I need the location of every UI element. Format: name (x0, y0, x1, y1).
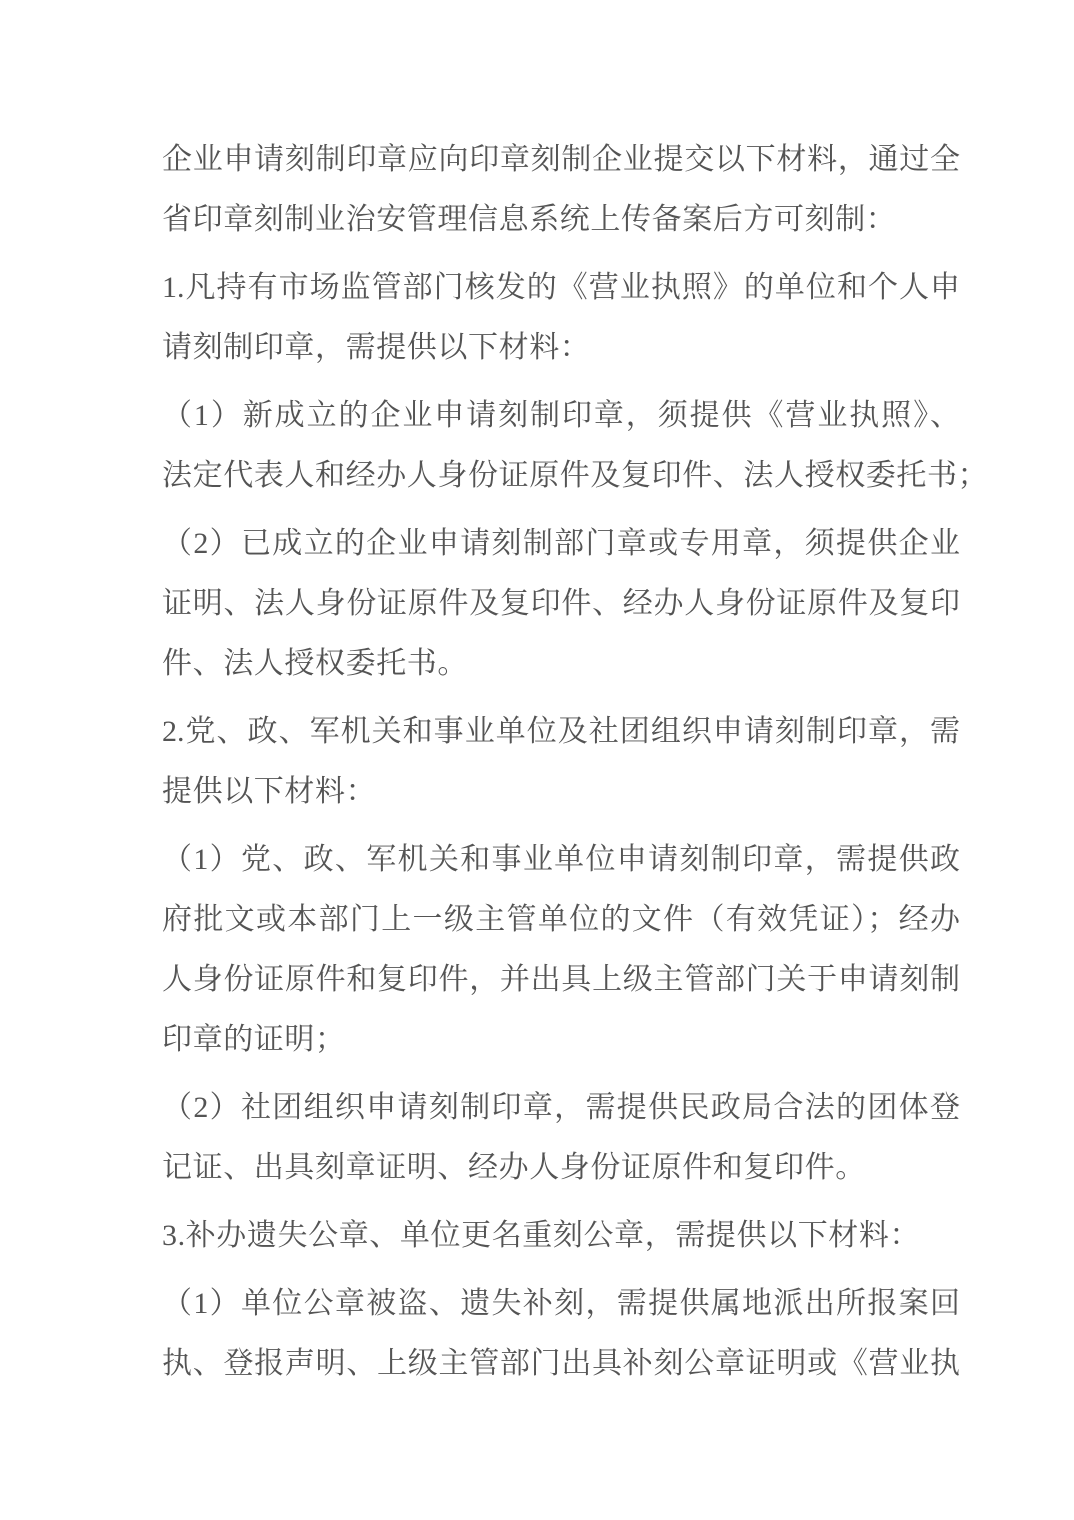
text-line: 1.凡持有市场监管部门核发的《营业执照》的单位和个人申 (162, 258, 960, 318)
text-line: 执、登报声明、上级主管部门出具补刻公章证明或《营业执 (162, 1334, 960, 1394)
text-line: （2）社团组织申请刻制印章，需提供民政局合法的团体登 (162, 1078, 960, 1138)
text-line: （1）新成立的企业申请刻制印章，须提供《营业执照》、 (162, 386, 960, 446)
paragraph: （1）新成立的企业申请刻制印章，须提供《营业执照》、法定代表人和经办人身份证原件… (162, 386, 960, 506)
text-line: 件、法人授权委托书。 (162, 634, 960, 694)
paragraph: （1）党、政、军机关和事业单位申请刻制印章，需提供政府批文或本部门上一级主管单位… (162, 830, 960, 1070)
text-line: 记证、出具刻章证明、经办人身份证原件和复印件。 (162, 1138, 960, 1198)
document-page: 企业申请刻制印章应向印章刻制企业提交以下材料，通过全省印章刻制业治安管理信息系统… (162, 130, 960, 1402)
paragraph: （2）已成立的企业申请刻制部门章或专用章，须提供企业证明、法人身份证原件及复印件… (162, 514, 960, 694)
text-line: 府批文或本部门上一级主管单位的文件（有效凭证）；经办 (162, 890, 960, 950)
paragraph: 3.补办遗失公章、单位更名重刻公章，需提供以下材料： (162, 1206, 960, 1266)
text-line: （2）已成立的企业申请刻制部门章或专用章，须提供企业 (162, 514, 960, 574)
text-line: 企业申请刻制印章应向印章刻制企业提交以下材料，通过全 (162, 130, 960, 190)
text-line: 2.党、政、军机关和事业单位及社团组织申请刻制印章，需 (162, 702, 960, 762)
paragraph: 2.党、政、军机关和事业单位及社团组织申请刻制印章，需提供以下材料： (162, 702, 960, 822)
text-line: 印章的证明； (162, 1010, 960, 1070)
text-line: 提供以下材料： (162, 762, 960, 822)
text-line: （1）党、政、军机关和事业单位申请刻制印章，需提供政 (162, 830, 960, 890)
text-line: 省印章刻制业治安管理信息系统上传备案后方可刻制： (162, 190, 960, 250)
text-line: 3.补办遗失公章、单位更名重刻公章，需提供以下材料： (162, 1206, 960, 1266)
paragraph: 1.凡持有市场监管部门核发的《营业执照》的单位和个人申请刻制印章，需提供以下材料… (162, 258, 960, 378)
text-line: （1）单位公章被盗、遗失补刻，需提供属地派出所报案回 (162, 1274, 960, 1334)
text-line: 法定代表人和经办人身份证原件及复印件、法人授权委托书； (162, 446, 960, 506)
text-line: 人身份证原件和复印件，并出具上级主管部门关于申请刻制 (162, 950, 960, 1010)
text-line: 请刻制印章，需提供以下材料： (162, 318, 960, 378)
paragraph: （1）单位公章被盗、遗失补刻，需提供属地派出所报案回执、登报声明、上级主管部门出… (162, 1274, 960, 1394)
text-line: 证明、法人身份证原件及复印件、经办人身份证原件及复印 (162, 574, 960, 634)
paragraph: 企业申请刻制印章应向印章刻制企业提交以下材料，通过全省印章刻制业治安管理信息系统… (162, 130, 960, 250)
paragraph: （2）社团组织申请刻制印章，需提供民政局合法的团体登记证、出具刻章证明、经办人身… (162, 1078, 960, 1198)
